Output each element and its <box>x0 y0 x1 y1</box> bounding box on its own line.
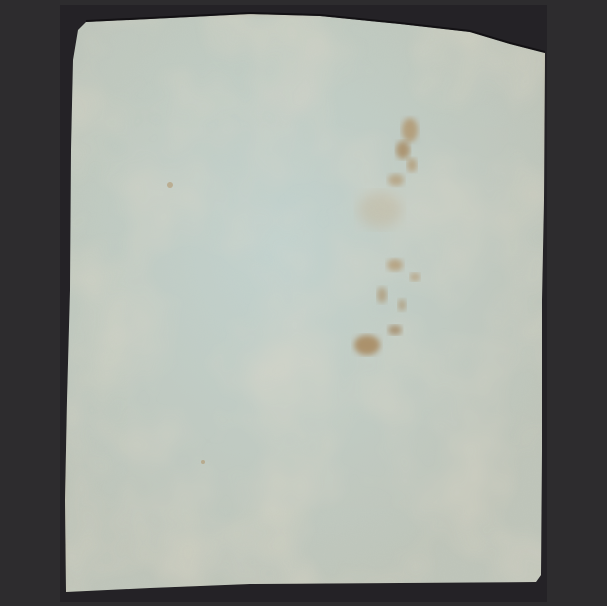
stamp-paper <box>60 10 550 600</box>
stamp-photo <box>0 0 607 606</box>
